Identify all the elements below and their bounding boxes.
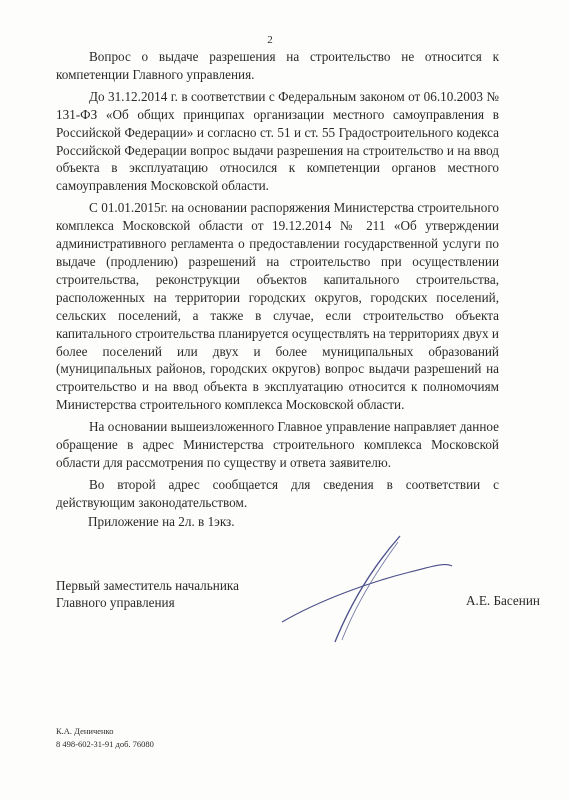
- paragraph: С 01.01.2015г. на основании распоряжения…: [56, 199, 499, 414]
- signature-icon: [280, 500, 460, 660]
- signer-title-line1: Первый заместитель начальника: [56, 578, 239, 595]
- annex-note: Приложение на 2л. в 1экз.: [88, 514, 235, 530]
- signer-title: Первый заместитель начальника Главного у…: [56, 578, 239, 611]
- signer-name: А.Е. Басенин: [466, 593, 540, 609]
- executor-info: К.А. Дениченко 8 498-602-31-91 доб. 7608…: [56, 725, 154, 750]
- page-number: 2: [0, 34, 540, 46]
- document-page: 2 Вопрос о выдаче разрешения на строител…: [0, 0, 570, 800]
- paragraph: На основании вышеизложенного Главное упр…: [56, 418, 499, 472]
- executor-phone: 8 498-602-31-91 доб. 76080: [56, 738, 154, 751]
- letter-body: Вопрос о выдаче разрешения на строительс…: [56, 48, 499, 516]
- paragraph: До 31.12.2014 г. в соответствии с Федера…: [56, 88, 499, 195]
- executor-name: К.А. Дениченко: [56, 725, 154, 738]
- paragraph: Вопрос о выдаче разрешения на строительс…: [56, 48, 499, 84]
- signer-title-line2: Главного управления: [56, 595, 239, 612]
